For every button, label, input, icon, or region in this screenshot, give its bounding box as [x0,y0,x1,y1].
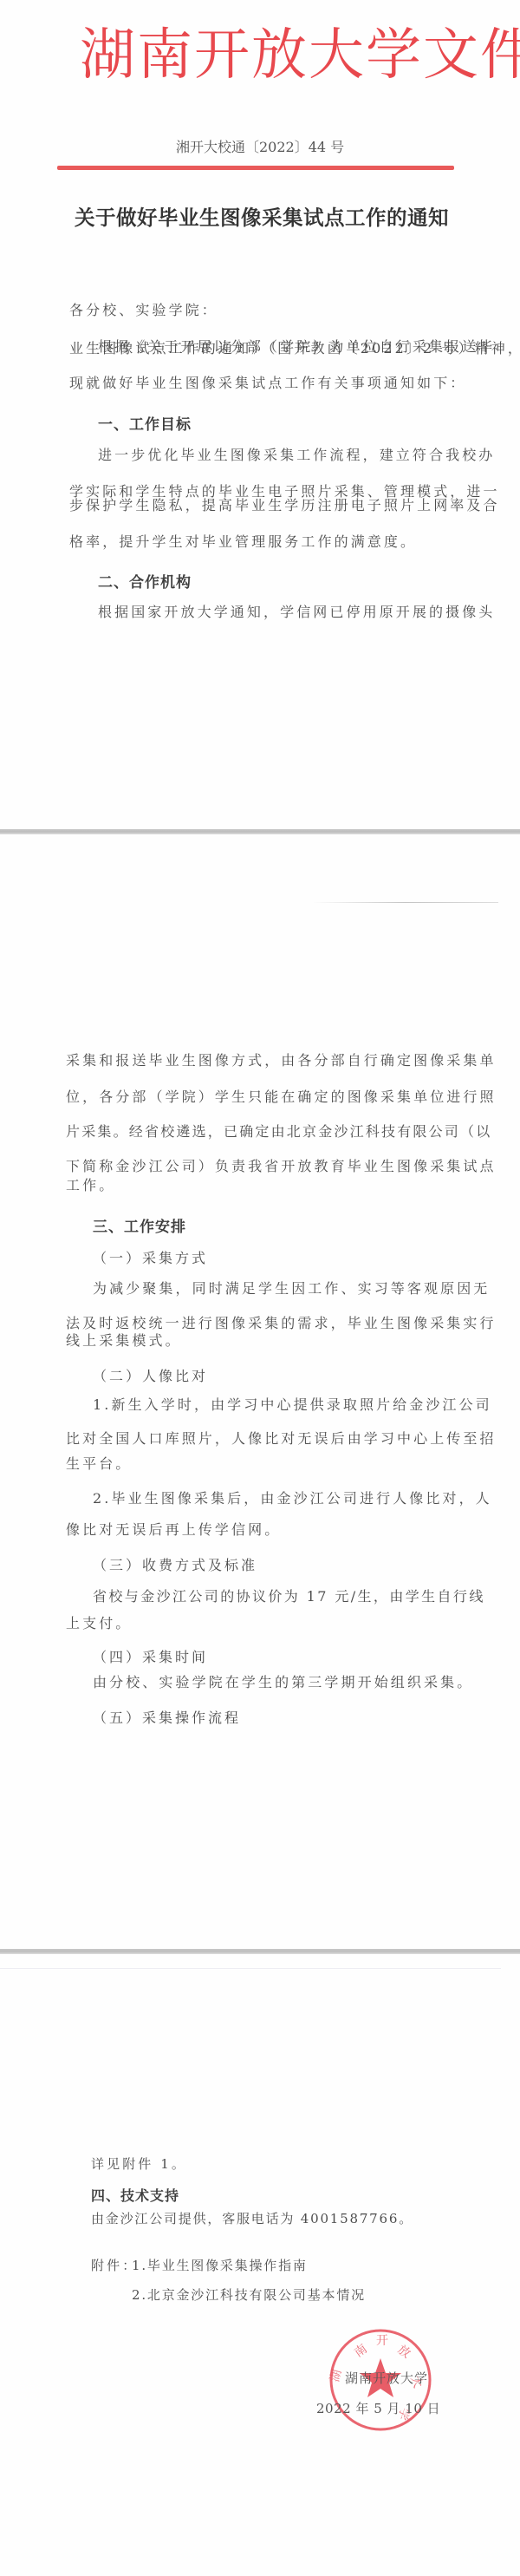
section-2-cont-line-2: 位，各分部（学院）学生只能在确定的图像采集单位进行照 [66,1090,497,1104]
signature-date: 2022 年 5 月 10 日 [316,2403,440,2416]
scan-artifact-line [312,902,498,903]
section-2-cont-line-4: 下简称金沙江公司）负责我省开放教育毕业生图像采集试点 [66,1160,497,1174]
subsection-1-line-3: 线上采集模式。 [66,1334,182,1348]
subsection-2-heading: （二）人像比对 [93,1365,208,1385]
salutation: 各分校、实验学院： [69,304,218,317]
subsection-5-heading: （五）采集操作流程 [93,1707,241,1727]
svg-text:放: 放 [395,2343,413,2361]
subsection-1-line-2: 法及时返校统一进行图像采集的需求，毕业生图像采集实行 [66,1317,497,1330]
section-2-cont-line-3: 片采集。经省校遴选，已确定由北京金沙江科技有限公司（以 [66,1125,491,1139]
section-1-line-3: 步保护学生隐私，提高毕业生学历注册电子照片上网率及合 [69,499,500,513]
intro-line-2: 业生图像试点工作的通知》（国开教函〔2022〕2 号）精神， [69,342,520,356]
intro-line-3: 现就做好毕业生图像采集试点工作有关事项通知如下： [69,376,466,390]
document-title: 关于做好毕业生图像采集试点工作的通知 [75,201,449,231]
subsection-2-item-2-line-1: 2.毕业生图像采集后，由金沙江公司进行人像比对，人 [93,1492,492,1506]
section-2-cont-line-1: 采集和报送毕业生图像方式，由各分部自行确定图像采集单 [66,1054,497,1068]
section-2-cont-line-5: 工作。 [66,1179,115,1193]
subsection-3-heading: （三）收费方式及标准 [93,1554,257,1574]
signature-organization: 湖南开放大学 [345,2372,428,2385]
section-1-heading: 一、工作目标 [98,412,192,434]
subsection-3-line-2: 上支付。 [66,1617,132,1631]
subsection-1-line-1: 为减少聚集，同时满足学生因工作、实习等客观原因无 [93,1282,490,1296]
subsection-2-item-1-line-3: 生平台。 [66,1457,132,1471]
subsection-2-item-1-line-1: 1.新生入学时，由学习中心提供录取照片给金沙江公司 [93,1398,492,1412]
subsection-1-heading: （一）采集方式 [93,1247,208,1267]
subsection-3-line-1: 省校与金沙江公司的协议价为 17 元/生，由学生自行线 [93,1590,485,1604]
document-page-1: 湖南开放大学文件 湘开大校通〔2022〕44 号 关于做好毕业生图像采集试点工作… [0,0,520,829]
attachment-item-2: 2.北京金沙江科技有限公司基本情况 [132,2289,366,2302]
scan-artifact-line [0,1968,501,1969]
svg-text:湖: 湖 [328,2368,344,2383]
section-1-line-4: 格率，提升学生对毕业管理服务工作的满意度。 [69,535,417,549]
subsection-4-heading: （四）采集时间 [93,1646,208,1666]
section-2-heading: 二、合作机构 [98,570,192,592]
red-header-rule [57,166,454,170]
subsection-2-item-2-line-2: 像比对无误后再上传学信网。 [66,1523,281,1537]
section-2-line-1: 根据国家开放大学通知，学信网已停用原开展的摄像头 [98,605,495,619]
subsection-5-line: 详见附件 1。 [91,2158,187,2171]
section-1-line-1: 进一步优化毕业生图像采集工作流程，建立符合我校办 [98,448,495,462]
document-page-2 [0,834,520,1949]
attachment-item-1: 1.毕业生图像采集操作指南 [132,2259,308,2272]
section-4-heading: 四、技术支持 [91,2185,179,2205]
svg-text:南: 南 [352,2341,370,2360]
svg-text:开: 开 [376,2334,388,2348]
section-3-heading: 三、工作安排 [93,1214,186,1236]
section-4-line: 由金沙江公司提供，客服电话为 4001587766。 [91,2213,413,2226]
subsection-2-item-1-line-2: 比对全国人口库照片，人像比对无误后由学习中心上传至招 [66,1432,497,1446]
masthead-title: 湖南开放大学文件 [80,10,520,90]
document-number: 湘开大校通〔2022〕44 号 [176,136,344,156]
subsection-4-line: 由分校、实验学院在学生的第三学期开始组织采集。 [93,1676,473,1690]
